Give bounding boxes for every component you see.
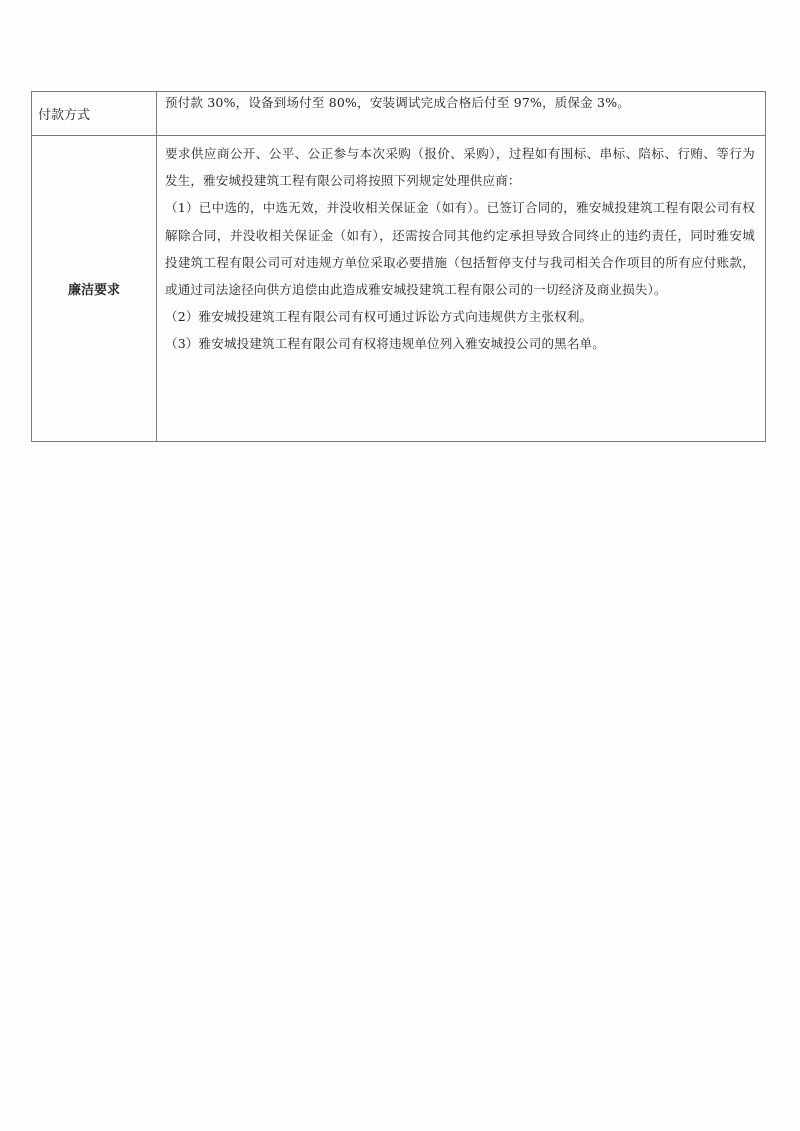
requirements-table: 付款方式 预付款 30%，设备到场付至 80%，安装调试完成合格后付至 97%，… (31, 91, 766, 442)
row-content-payment-method: 预付款 30%，设备到场付至 80%，安装调试完成合格后付至 97%，质保金 3… (157, 92, 766, 136)
table-row-integrity: 廉洁要求 要求供应商公开、公平、公正参与本次采购（报价、采购），过程如有围标、串… (32, 136, 766, 442)
row-label-integrity-requirements: 廉洁要求 (32, 136, 157, 442)
integrity-clause-2: （2）雅安城投建筑工程有限公司有权可通过诉讼方式向违规供方主张权利。 (165, 303, 755, 330)
integrity-clause-1: （1）已中选的，中选无效，并没收相关保证金（如有）。已签订合同的，雅安城投建筑工… (165, 194, 755, 303)
table-row-payment: 付款方式 预付款 30%，设备到场付至 80%，安装调试完成合格后付至 97%，… (32, 92, 766, 136)
row-content-integrity-requirements: 要求供应商公开、公平、公正参与本次采购（报价、采购），过程如有围标、串标、陪标、… (157, 136, 766, 442)
payment-terms-text: 预付款 30%，设备到场付至 80%，安装调试完成合格后付至 97%，质保金 3… (165, 92, 755, 114)
integrity-intro-paragraph: 要求供应商公开、公平、公正参与本次采购（报价、采购），过程如有围标、串标、陪标、… (165, 140, 755, 194)
row-label-payment-method: 付款方式 (32, 92, 157, 136)
document-page: 付款方式 预付款 30%，设备到场付至 80%，安装调试完成合格后付至 97%，… (0, 0, 800, 1131)
integrity-clause-3: （3）雅安城投建筑工程有限公司有权将违规单位列入雅安城投公司的黑名单。 (165, 330, 755, 357)
